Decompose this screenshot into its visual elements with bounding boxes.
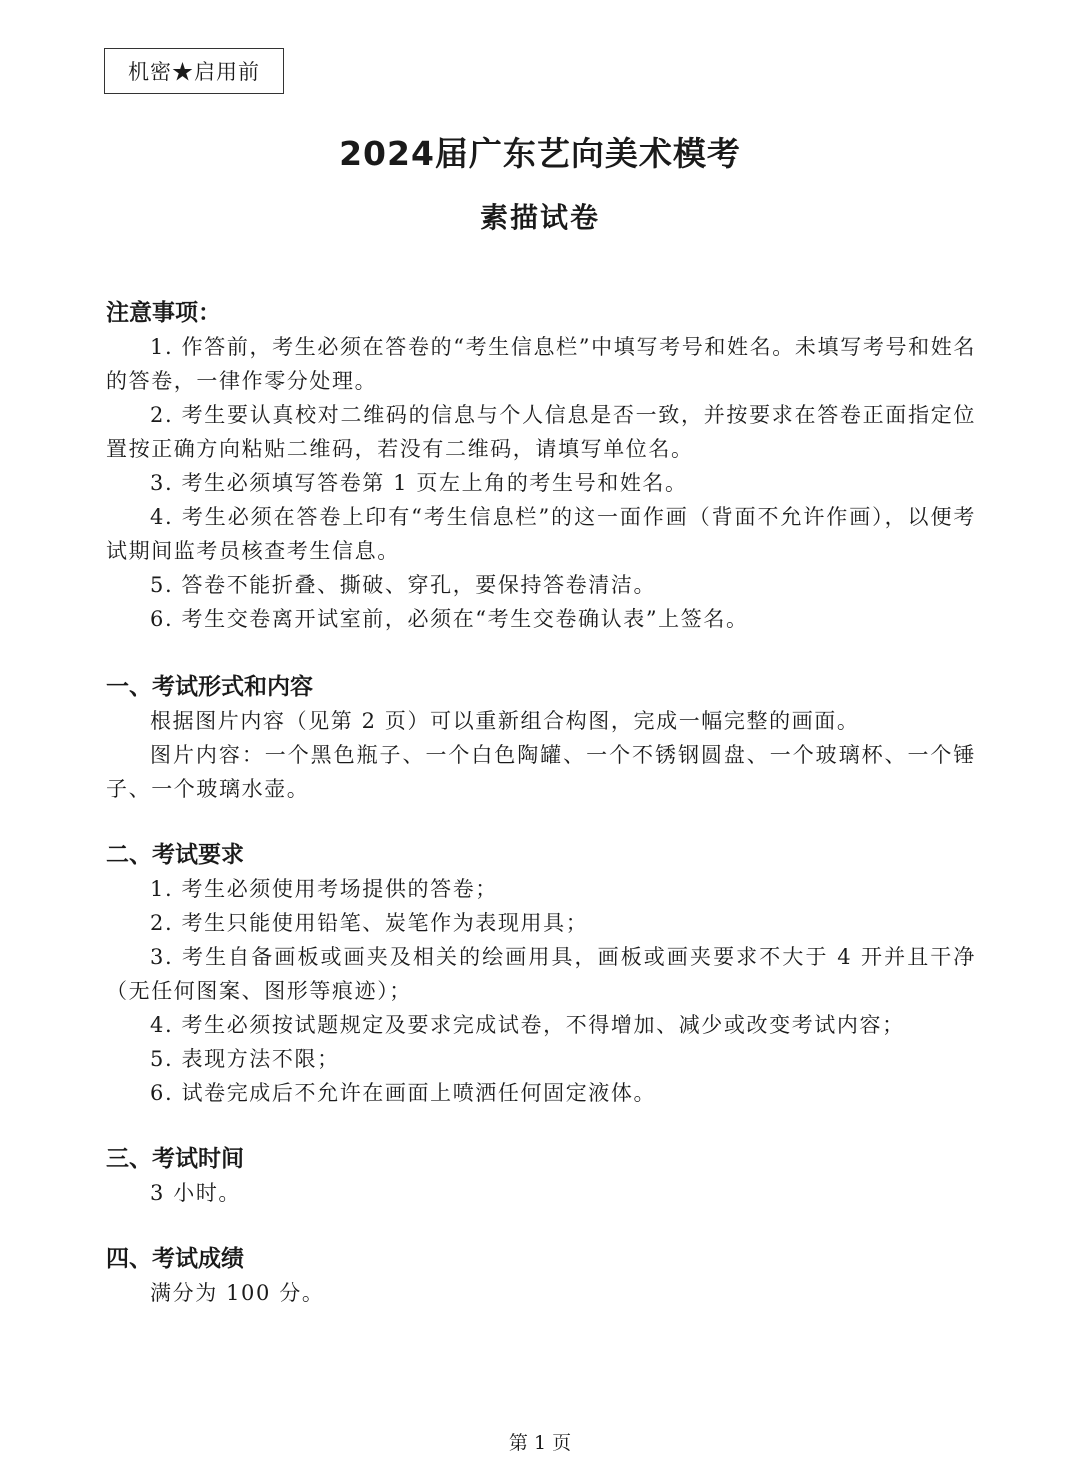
section-paragraph: 2. 考生只能使用铅笔、炭笔作为表现用具； xyxy=(106,906,976,940)
section-paragraph: 图片内容：一个黑色瓶子、一个白色陶罐、一个不锈钢圆盘、一个玻璃杯、一个锤子、一个… xyxy=(106,738,976,806)
section-paragraph: 根据图片内容（见第 2 页）可以重新组合构图，完成一幅完整的画面。 xyxy=(106,704,976,738)
section-exam-time: 三、考试时间 3 小时。 xyxy=(106,1142,976,1210)
notice-item: 5. 答卷不能折叠、撕破、穿孔，要保持答卷清洁。 xyxy=(106,568,976,602)
page-number: 第 1 页 xyxy=(0,1428,1080,1455)
notice-section: 注意事项： 1. 作答前，考生必须在答卷的“考生信息栏”中填写考号和姓名。未填写… xyxy=(106,296,976,636)
notice-item: 1. 作答前，考生必须在答卷的“考生信息栏”中填写考号和姓名。未填写考号和姓名的… xyxy=(106,330,976,398)
notice-item: 4. 考生必须在答卷上印有“考生信息栏”的这一面作画（背面不允许作画），以便考试… xyxy=(106,500,976,568)
section-heading: 三、考试时间 xyxy=(106,1142,976,1176)
notice-item: 6. 考生交卷离开试室前，必须在“考生交卷确认表”上签名。 xyxy=(106,602,976,636)
document-body: 注意事项： 1. 作答前，考生必须在答卷的“考生信息栏”中填写考号和姓名。未填写… xyxy=(106,296,976,1342)
section-exam-requirements: 二、考试要求 1. 考生必须使用考场提供的答卷； 2. 考生只能使用铅笔、炭笔作… xyxy=(106,838,976,1110)
notice-item: 3. 考生必须填写答卷第 1 页左上角的考生号和姓名。 xyxy=(106,466,976,500)
section-heading: 二、考试要求 xyxy=(106,838,976,872)
section-paragraph: 5. 表现方法不限； xyxy=(106,1042,976,1076)
notice-heading: 注意事项： xyxy=(106,296,976,330)
document-title: 2024届广东艺向美术模考 xyxy=(0,128,1080,175)
section-heading: 四、考试成绩 xyxy=(106,1242,976,1276)
section-heading: 一、考试形式和内容 xyxy=(106,670,976,704)
section-paragraph: 4. 考生必须按试题规定及要求完成试卷，不得增加、减少或改变考试内容； xyxy=(106,1008,976,1042)
confidential-badge: 机密★启用前 xyxy=(104,48,284,94)
section-paragraph: 1. 考生必须使用考场提供的答卷； xyxy=(106,872,976,906)
section-exam-score: 四、考试成绩 满分为 100 分。 xyxy=(106,1242,976,1310)
notice-item: 2. 考生要认真校对二维码的信息与个人信息是否一致，并按要求在答卷正面指定位置按… xyxy=(106,398,976,466)
section-paragraph: 6. 试卷完成后不允许在画面上喷洒任何固定液体。 xyxy=(106,1076,976,1110)
section-paragraph: 3 小时。 xyxy=(106,1176,976,1210)
document-subtitle: 素描试卷 xyxy=(0,196,1080,236)
section-paragraph: 3. 考生自备画板或画夹及相关的绘画用具，画板或画夹要求不大于 4 开并且干净（… xyxy=(106,940,976,1008)
section-exam-format: 一、考试形式和内容 根据图片内容（见第 2 页）可以重新组合构图，完成一幅完整的… xyxy=(106,670,976,806)
section-paragraph: 满分为 100 分。 xyxy=(106,1276,976,1310)
